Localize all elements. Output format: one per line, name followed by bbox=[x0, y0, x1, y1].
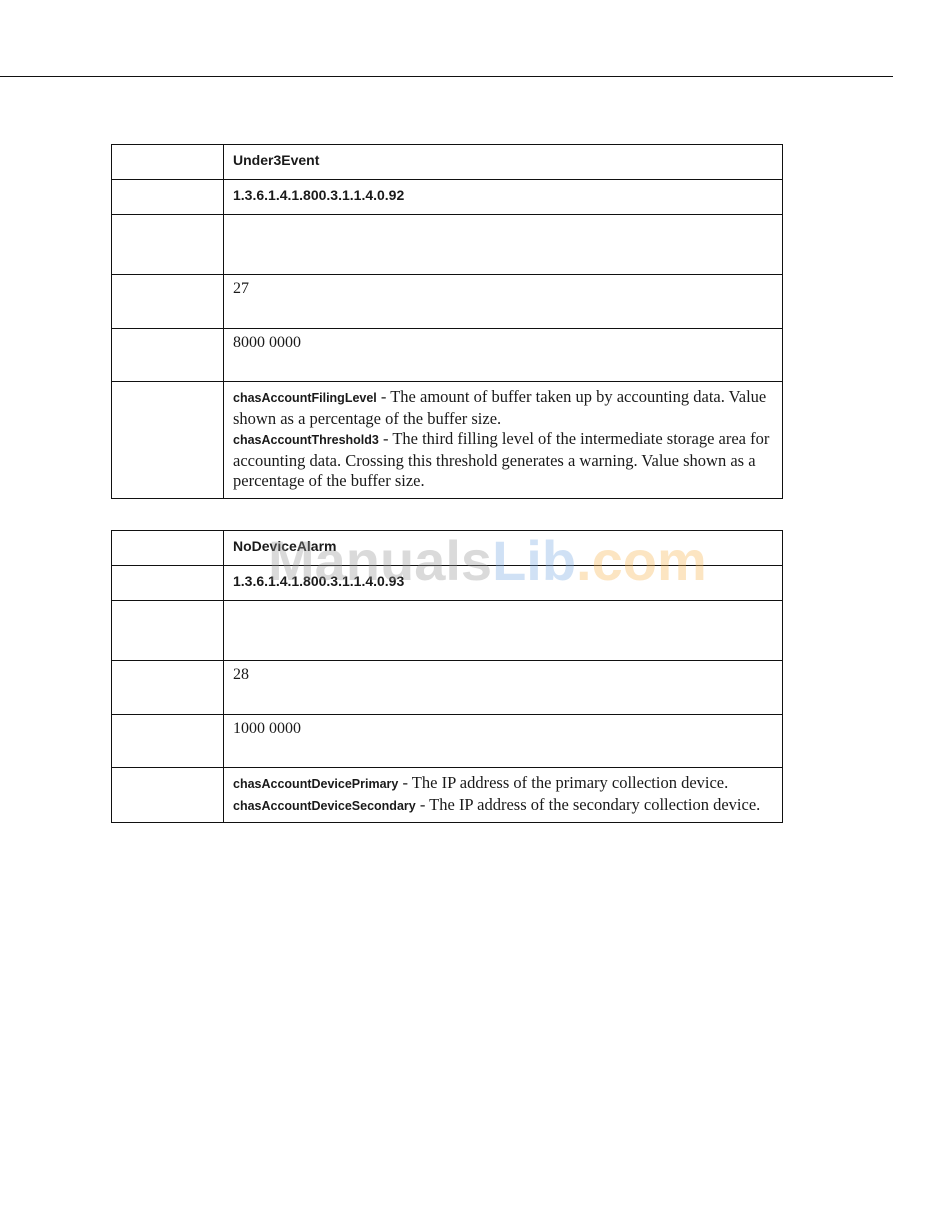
label-cell bbox=[112, 215, 224, 275]
trap-table-nodevicealarm: NoDeviceAlarm 1.3.6.1.4.1.800.3.1.1.4.0.… bbox=[111, 530, 783, 823]
variable-description: - The IP address of the primary collecti… bbox=[398, 773, 728, 792]
label-cell bbox=[112, 661, 224, 715]
variable-entry: chasAccountDeviceSecondary - The IP addr… bbox=[233, 795, 773, 817]
label-cell bbox=[112, 601, 224, 661]
empty-cell bbox=[224, 215, 783, 275]
label-cell bbox=[112, 382, 224, 499]
trap-mask: 8000 0000 bbox=[224, 329, 783, 382]
empty-cell bbox=[224, 601, 783, 661]
label-cell bbox=[112, 715, 224, 768]
variable-name: chasAccountDevicePrimary bbox=[233, 777, 398, 791]
variable-description: - The IP address of the secondary collec… bbox=[416, 795, 761, 814]
header-rule bbox=[0, 76, 893, 77]
label-cell bbox=[112, 768, 224, 823]
trap-variables: chasAccountFilingLevel - The amount of b… bbox=[224, 382, 783, 499]
variable-entry: chasAccountDevicePrimary - The IP addres… bbox=[233, 773, 773, 795]
trap-table-under3event: Under3Event 1.3.6.1.4.1.800.3.1.1.4.0.92… bbox=[111, 144, 783, 499]
variable-name: chasAccountDeviceSecondary bbox=[233, 799, 416, 813]
trap-oid: 1.3.6.1.4.1.800.3.1.1.4.0.93 bbox=[224, 566, 783, 601]
label-cell bbox=[112, 566, 224, 601]
trap-name: Under3Event bbox=[224, 145, 783, 180]
label-cell bbox=[112, 180, 224, 215]
variable-entry: chasAccountFilingLevel - The amount of b… bbox=[233, 387, 773, 429]
trap-variables: chasAccountDevicePrimary - The IP addres… bbox=[224, 768, 783, 823]
trap-mask: 1000 0000 bbox=[224, 715, 783, 768]
trap-oid: 1.3.6.1.4.1.800.3.1.1.4.0.92 bbox=[224, 180, 783, 215]
variable-name: chasAccountThreshold3 bbox=[233, 433, 379, 447]
label-cell bbox=[112, 329, 224, 382]
trap-number: 28 bbox=[224, 661, 783, 715]
label-cell bbox=[112, 275, 224, 329]
trap-name: NoDeviceAlarm bbox=[224, 531, 783, 566]
variable-name: chasAccountFilingLevel bbox=[233, 391, 377, 405]
trap-number: 27 bbox=[224, 275, 783, 329]
label-cell bbox=[112, 145, 224, 180]
label-cell bbox=[112, 531, 224, 566]
variable-entry: chasAccountThreshold3 - The third fillin… bbox=[233, 429, 773, 492]
